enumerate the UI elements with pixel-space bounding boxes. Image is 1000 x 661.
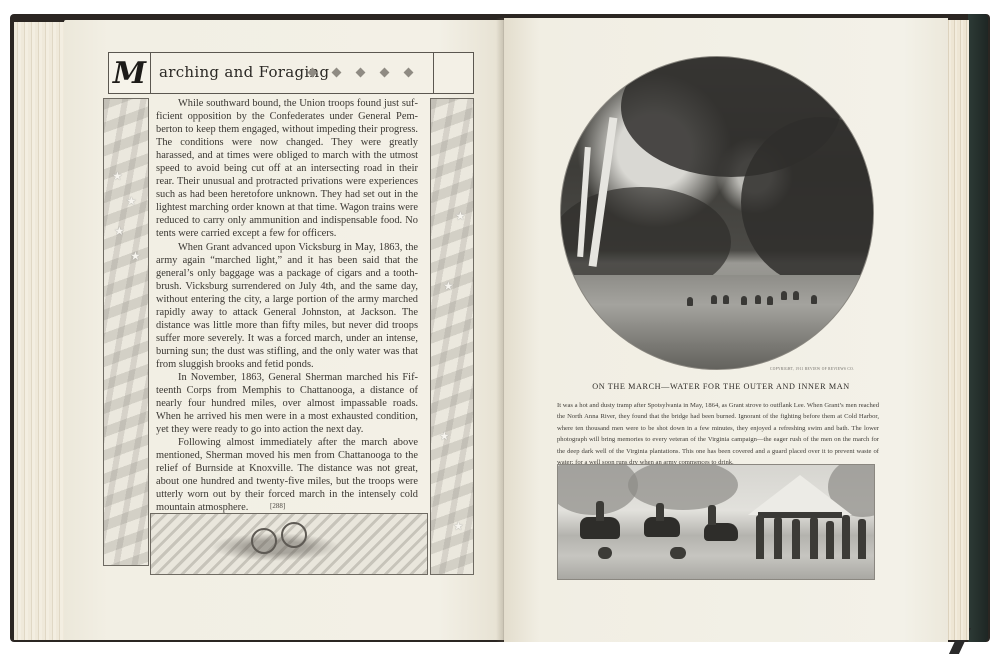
bather-figure [687,297,693,306]
page-number: [288] [270,502,285,510]
rider-figure [596,501,604,521]
soldier-figure [774,517,782,559]
star-icon: ★ [439,429,450,444]
star-icon: ★ [126,194,137,209]
soldiers-at-well-photograph [557,464,875,580]
paragraph: Following almost immediately after the m… [156,436,418,514]
star-icon: ★ [453,519,464,534]
diamond-ornament-icon [332,68,342,78]
soldier-figure [756,515,764,559]
star-icon: ★ [443,279,454,294]
diamond-ornament-icon [404,68,414,78]
heading-ornaments [309,65,412,76]
seated-soldier-figure [598,547,612,559]
soldier-figure [792,519,800,559]
bather-figure [781,291,787,300]
left-flag-border-illustration: ★ ★ ★ ★ [103,98,149,566]
tent-band [758,512,842,518]
bather-figure [755,295,761,304]
paragraph: In November, 1863, General Sherman march… [156,371,418,436]
diamond-ornament-icon [356,68,366,78]
bather-figure [793,291,799,300]
diamond-ornament-icon [380,68,390,78]
bather-figure [723,295,729,304]
photo-caption-text: It was a hot and dusty tramp after Spots… [557,400,879,468]
book-cover-right-edge [968,14,988,642]
soldier-figure [826,521,834,559]
rider-figure [708,505,716,525]
cannon-flags-bottom-illustration [150,513,428,575]
bather-figure [767,296,773,305]
soldier-figure [810,517,818,559]
chapter-title: arching and Foraging [159,63,329,81]
river-bathing-photograph [560,56,874,370]
paragraph: When Grant advanced upon Vicksburg in Ma… [156,241,418,371]
chapter-heading-banner: M arching and Foraging [108,52,474,94]
seated-soldier-figure [670,547,686,559]
drop-cap-initial: M [113,56,146,91]
star-icon: ★ [112,169,123,184]
star-icon: ★ [114,224,125,239]
tent-roof [748,475,852,515]
bather-figure [741,296,747,305]
cannon-wheel-icon [281,522,307,548]
tree-foliage [628,464,738,510]
page-edges-left [14,22,70,640]
soldier-figure [842,515,850,559]
horse-figure [704,523,738,541]
cannon-wheel-icon [251,528,277,554]
page-edges-right [945,20,969,640]
soldier-figure [858,519,866,559]
rider-figure [656,503,664,521]
chapter-body-text: While southward bound, the Union troops … [156,97,418,554]
drop-cap-box: M [109,53,151,93]
river-water [561,275,873,370]
banner-end-scroll [433,53,473,93]
photo-copyright-credit: COPYRIGHT, 1911 REVIEW OF REVIEWS CO. [770,367,854,371]
star-icon: ★ [455,209,466,224]
bather-figure [811,295,817,304]
star-icon: ★ [130,249,141,264]
right-flag-border-illustration: ★ ★ ★ ★ [430,98,474,575]
photo-caption-title: ON THE MARCH—WATER FOR THE OUTER AND INN… [556,382,886,391]
paragraph: While southward bound, the Union troops … [156,97,418,241]
diamond-ornament-icon [308,68,318,78]
bather-figure [711,295,717,304]
